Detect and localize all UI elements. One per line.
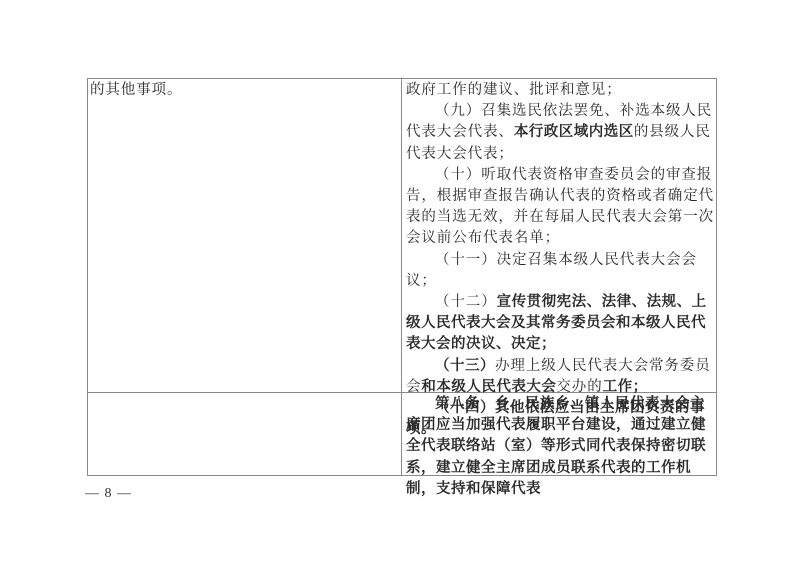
clause-12-number: （十二） [435, 294, 497, 310]
row1-left-cell: 的其他事项。 [90, 80, 398, 101]
row1-right-cell: 政府工作的建议、批评和意见； （九）召集选民依法罢免、补选本级人民代表大会代表、… [406, 80, 716, 440]
row1-left-text: 的其他事项。 [90, 80, 398, 101]
comparison-table: 的其他事项。 政府工作的建议、批评和意见； （九）召集选民依法罢免、补选本级人民… [87, 78, 717, 476]
column-divider [401, 79, 402, 475]
clause-continuation: 政府工作的建议、批评和意见； [406, 80, 716, 101]
clause-13-text-d: 交办的 [556, 379, 602, 395]
clause-13-number: （十三） [435, 358, 495, 374]
clause-12: （十二）宣传贯彻宪法、法律、法规、上级人民代表大会及其常务委员会和本级人民代表大… [406, 292, 716, 356]
page-number: — 8 — [85, 486, 132, 502]
clause-13-text-e: 工作； [603, 379, 648, 395]
row2-right-cell: 第八条 乡、民族乡、镇人民代表大会主席团应当加强代表履职平台建设，通过建立健全代… [406, 394, 716, 500]
clause-9: （九）召集选民依法罢免、补选本级人民代表大会代表、本行政区域内选区的县级人民代表… [406, 101, 716, 165]
clause-13-text-bold: 和本级人民代表大会 [421, 379, 556, 395]
clause-9-text-bold: 本行政区域内选区 [514, 124, 634, 140]
clause-13: （十三）办理上级人民代表大会常务委员会和本级人民代表大会交办的工作； [406, 356, 716, 398]
article-8: 第八条 乡、民族乡、镇人民代表大会主席团应当加强代表履职平台建设，通过建立健全代… [406, 394, 716, 500]
clause-10: （十）听取代表资格审查委员会的审查报告，根据审查报告确认代表的资格或者确定代表的… [406, 165, 716, 250]
clause-11: （十一）决定召集本级人民代表大会会议； [406, 250, 716, 292]
